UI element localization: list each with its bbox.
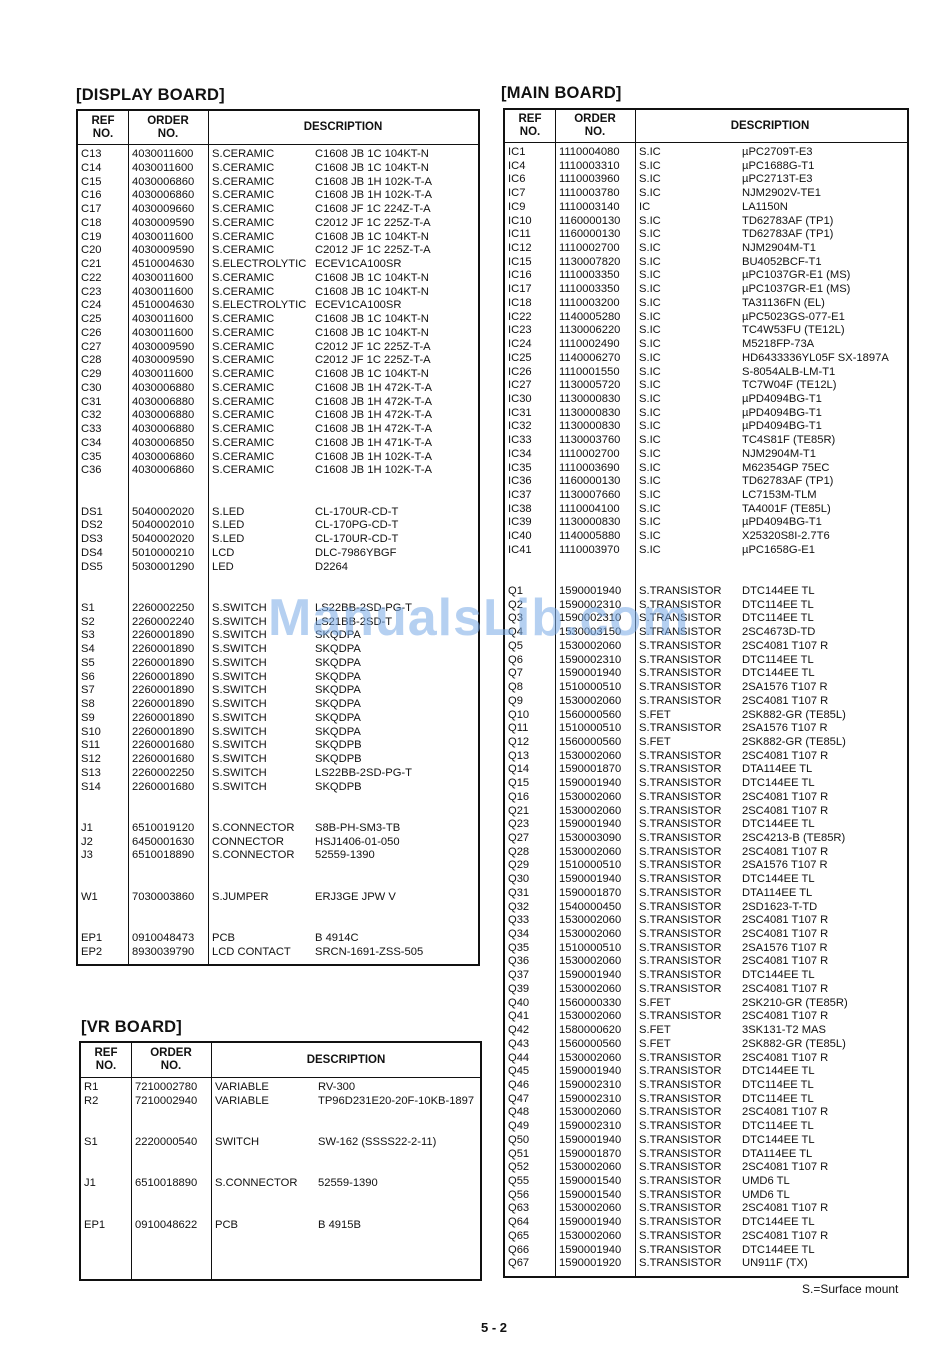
ref-cell: Q30 bbox=[508, 873, 529, 887]
part-number-cell: 2SC4081 T107 R bbox=[742, 914, 828, 928]
part-number-cell: C1608 JB 1C 104KT-N bbox=[315, 327, 429, 341]
table-row: IC121110002700S.ICNJM2904M-T1 bbox=[505, 242, 907, 256]
part-number-cell: C1608 JB 1H 102K-T-A bbox=[315, 451, 432, 465]
part-type-cell: S.CERAMIC bbox=[212, 217, 274, 231]
order-no-cell: 1130007820 bbox=[559, 256, 620, 270]
part-number-cell: C1608 JB 1C 104KT-N bbox=[315, 231, 429, 245]
ref-cell: Q52 bbox=[508, 1161, 529, 1175]
order-no-cell: 1540000450 bbox=[559, 901, 621, 915]
part-number-cell: S8B-PH-SM3-TB bbox=[315, 822, 400, 836]
order-no-cell: 2260001890 bbox=[132, 671, 194, 685]
ref-cell: S8 bbox=[81, 698, 95, 712]
table-row: IC251140006270S.ICHD6433336YL05F SX-1897… bbox=[505, 352, 907, 366]
part-number-cell: DTC144EE TL bbox=[742, 777, 815, 791]
ref-cell: Q56 bbox=[508, 1189, 529, 1203]
table-row: C184030009590S.CERAMICC2012 JF 1C 225Z-T… bbox=[78, 217, 478, 231]
ref-cell: Q46 bbox=[508, 1079, 529, 1093]
part-number-cell: 2SK882-GR (TE85L) bbox=[742, 736, 846, 750]
table-row: Q11590001940S.TRANSISTORDTC144EE TL bbox=[505, 585, 907, 599]
part-type-cell: S.SWITCH bbox=[212, 684, 267, 698]
part-type-cell: S.TRANSISTOR bbox=[639, 1189, 721, 1203]
order-no-cell: 0910048622 bbox=[135, 1219, 197, 1233]
part-type-cell: S.CONNECTOR bbox=[212, 849, 294, 863]
order-no-cell: 7030003860 bbox=[132, 891, 194, 905]
part-number-cell: µPD4094BG-T1 bbox=[742, 407, 822, 421]
part-type-cell: S.CERAMIC bbox=[212, 313, 274, 327]
part-number-cell: TC4S81F (TE85R) bbox=[742, 434, 835, 448]
part-number-cell: CL-170PG-CD-T bbox=[315, 519, 398, 533]
ref-cell: IC37 bbox=[508, 489, 532, 503]
part-number-cell: 2SC4081 T107 R bbox=[742, 928, 828, 942]
table-row: IC61110003960S.ICµPC2713T-E3 bbox=[505, 173, 907, 187]
part-number-cell: 2SC4081 T107 R bbox=[742, 1230, 828, 1244]
order-no-cell: 1130000830 bbox=[559, 407, 620, 421]
part-number-cell: CL-170UR-CD-T bbox=[315, 533, 398, 547]
ref-cell: S12 bbox=[81, 753, 101, 767]
table-row: S112260001680S.SWITCHSKQDPB bbox=[78, 739, 478, 753]
table-row: Q551590001540S.TRANSISTORUMD6 TL bbox=[505, 1175, 907, 1189]
display-board-title: [DISPLAY BOARD] bbox=[76, 86, 225, 105]
order-no-cell: 4030011600 bbox=[132, 231, 193, 245]
order-no-cell: 1530002060 bbox=[559, 1161, 621, 1175]
ref-cell: Q55 bbox=[508, 1175, 529, 1189]
ref-cell: IC33 bbox=[508, 434, 532, 448]
part-type-cell: S.CERAMIC bbox=[212, 437, 274, 451]
order-no-cell: 1530002060 bbox=[559, 914, 621, 928]
order-no-cell: 5040002010 bbox=[132, 519, 194, 533]
part-type-cell: IC bbox=[639, 201, 650, 215]
part-type-cell: S.TRANSISTOR bbox=[639, 599, 721, 613]
part-number-cell: µPC1688G-T1 bbox=[742, 160, 814, 174]
table-row: Q111510000510S.TRANSISTOR2SA1576 T107 R bbox=[505, 722, 907, 736]
ref-cell: IC4 bbox=[508, 160, 525, 174]
table-header: REF NO.ORDER NO.DESCRIPTION bbox=[78, 111, 478, 145]
order-no-cell: 1530002060 bbox=[559, 846, 621, 860]
part-type-cell: S.IC bbox=[639, 434, 661, 448]
table-row: IC321130000830S.ICµPD4094BG-T1 bbox=[505, 420, 907, 434]
part-number-cell: C1608 JB 1H 102K-T-A bbox=[315, 176, 432, 190]
order-no-cell: 4030006880 bbox=[132, 382, 194, 396]
part-number-cell: C1608 JB 1C 104KT-N bbox=[315, 272, 429, 286]
ref-cell: Q33 bbox=[508, 914, 529, 928]
ref-cell: S11 bbox=[81, 739, 100, 753]
table-row: Q471590002310S.TRANSISTORDTC114EE TL bbox=[505, 1093, 907, 1107]
part-number-cell: C1608 JB 1H 472K-T-A bbox=[315, 396, 432, 410]
part-type-cell: SWITCH bbox=[215, 1136, 259, 1150]
part-number-cell: 2SC4081 T107 R bbox=[742, 1161, 828, 1175]
part-type-cell: S.TRANSISTOR bbox=[639, 832, 721, 846]
part-type-cell: S.TRANSISTOR bbox=[639, 846, 721, 860]
part-number-cell: LS22BB-2SD-PG-T bbox=[315, 767, 412, 781]
part-type-cell: S.TRANSISTOR bbox=[639, 1244, 721, 1258]
part-type-cell: S.TRANSISTOR bbox=[639, 612, 721, 626]
order-no-cell: 1530002060 bbox=[559, 928, 621, 942]
order-no-cell: 1590001940 bbox=[559, 1065, 621, 1079]
table-row: C284030009590S.CERAMICC2012 JF 1C 225Z-T… bbox=[78, 354, 478, 368]
order-no-cell: 1590002310 bbox=[559, 1093, 621, 1107]
order-no-cell: 4030006860 bbox=[132, 176, 194, 190]
order-no-cell: 1560000560 bbox=[559, 1038, 621, 1052]
part-number-cell: D2264 bbox=[315, 561, 348, 575]
header-description: DESCRIPTION bbox=[208, 111, 478, 144]
part-type-cell: S.IC bbox=[639, 283, 661, 297]
part-type-cell: S.TRANSISTOR bbox=[639, 1202, 721, 1216]
part-number-cell: C2012 JF 1C 225Z-T-A bbox=[315, 341, 431, 355]
table-row: S52260001890S.SWITCHSKQDPA bbox=[78, 657, 478, 671]
part-number-cell: 2SC4081 T107 R bbox=[742, 1106, 828, 1120]
part-type-cell: S.TRANSISTOR bbox=[639, 1175, 721, 1189]
ref-cell: Q15 bbox=[508, 777, 529, 791]
display-board-table: REF NO.ORDER NO.DESCRIPTIONC134030011600… bbox=[76, 109, 480, 966]
ref-cell: Q51 bbox=[508, 1148, 529, 1162]
part-type-cell: S.IC bbox=[639, 160, 661, 174]
part-number-cell: ECEV1CA100SR bbox=[315, 258, 401, 272]
part-type-cell: S.TRANSISTOR bbox=[639, 1065, 721, 1079]
order-no-cell: 4030006880 bbox=[132, 409, 194, 423]
part-number-cell: SKQDPB bbox=[315, 781, 362, 795]
part-number-cell: DTA114EE TL bbox=[742, 1148, 812, 1162]
part-number-cell: SKQDPB bbox=[315, 739, 362, 753]
table-row: C334030006880S.CERAMICC1608 JB 1H 472K-T… bbox=[78, 423, 478, 437]
ref-cell: J1 bbox=[81, 822, 93, 836]
table-row: S62260001890S.SWITCHSKQDPA bbox=[78, 671, 478, 685]
table-row: DS55030001290LEDD2264 bbox=[78, 561, 478, 575]
part-type-cell: S.IC bbox=[639, 173, 661, 187]
ref-cell: IC32 bbox=[508, 420, 532, 434]
header-ref-no: REF NO. bbox=[78, 111, 128, 144]
ref-cell: C22 bbox=[81, 272, 102, 286]
part-type-cell: S.CERAMIC bbox=[212, 409, 274, 423]
part-type-cell: S.TRANSISTOR bbox=[639, 873, 721, 887]
table-row: S32260001890S.SWITCHSKQDPA bbox=[78, 629, 478, 643]
table-row: C354030006860S.CERAMICC1608 JB 1H 102K-T… bbox=[78, 451, 478, 465]
part-number-cell: 2SD1623-T-TD bbox=[742, 901, 817, 915]
part-type-cell: S.CERAMIC bbox=[212, 286, 274, 300]
part-type-cell: S.TRANSISTOR bbox=[639, 626, 721, 640]
order-no-cell: 1530003150 bbox=[559, 626, 621, 640]
part-number-cell: 2SC4081 T107 R bbox=[742, 805, 828, 819]
part-number-cell: CL-170UR-CD-T bbox=[315, 506, 398, 520]
ref-cell: C32 bbox=[81, 409, 102, 423]
part-type-cell: S.TRANSISTOR bbox=[639, 1230, 721, 1244]
part-type-cell: S.TRANSISTOR bbox=[639, 791, 721, 805]
part-number-cell: DTC144EE TL bbox=[742, 667, 815, 681]
part-number-cell: SKQDPA bbox=[315, 684, 361, 698]
order-no-cell: 1590002310 bbox=[559, 1120, 621, 1134]
column-divider bbox=[131, 1043, 132, 1279]
part-number-cell: SKQDPA bbox=[315, 643, 361, 657]
table-row: Q301590001940S.TRANSISTORDTC144EE TL bbox=[505, 873, 907, 887]
order-no-cell: 6510018890 bbox=[135, 1177, 197, 1191]
ref-cell: DS5 bbox=[81, 561, 103, 575]
header-description: DESCRIPTION bbox=[211, 1043, 481, 1077]
part-number-cell: C1608 JB 1C 104KT-N bbox=[315, 313, 429, 327]
part-number-cell: C1608 JB 1H 102K-T-A bbox=[315, 189, 432, 203]
part-type-cell: PCB bbox=[212, 932, 235, 946]
order-no-cell: 4030011600 bbox=[132, 162, 193, 176]
part-number-cell: LA1150N bbox=[742, 201, 788, 215]
part-type-cell: S.ELECTROLYTIC bbox=[212, 299, 306, 313]
part-type-cell: S.CERAMIC bbox=[212, 368, 274, 382]
table-row: Q391530002060S.TRANSISTOR2SC4081 T107 R bbox=[505, 983, 907, 997]
order-no-cell: 4510004630 bbox=[132, 299, 194, 313]
ref-cell: R1 bbox=[84, 1081, 98, 1095]
part-type-cell: S.TRANSISTOR bbox=[639, 955, 721, 969]
order-no-cell: 1590001870 bbox=[559, 1148, 621, 1162]
ref-cell: Q42 bbox=[508, 1024, 529, 1038]
table-row: C244510004630S.ELECTROLYTICECEV1CA100SR bbox=[78, 299, 478, 313]
part-number-cell: 3SK131-T2 MAS bbox=[742, 1024, 826, 1038]
part-type-cell: S.CERAMIC bbox=[212, 354, 274, 368]
order-no-cell: 2220000540 bbox=[135, 1136, 197, 1150]
ref-cell: Q7 bbox=[508, 667, 523, 681]
part-number-cell: 2SK882-GR (TE85L) bbox=[742, 709, 846, 723]
part-type-cell: S.FET bbox=[639, 709, 671, 723]
table-row: C234030011600S.CERAMICC1608 JB 1C 104KT-… bbox=[78, 286, 478, 300]
ref-cell: S1 bbox=[81, 602, 95, 616]
ref-cell: C26 bbox=[81, 327, 102, 341]
table-row: IC101160000130S.ICTD62783AF (TP1) bbox=[505, 215, 907, 229]
order-no-cell: 1110003140 bbox=[559, 201, 620, 215]
part-number-cell: UN911F (TX) bbox=[742, 1257, 808, 1271]
table-row: C264030011600S.CERAMICC1608 JB 1C 104KT-… bbox=[78, 327, 478, 341]
part-number-cell: SKQDPA bbox=[315, 698, 361, 712]
order-no-cell: 1110002700 bbox=[559, 242, 620, 256]
ref-cell: IC12 bbox=[508, 242, 532, 256]
part-type-cell: S.SWITCH bbox=[212, 698, 267, 712]
part-type-cell: S.IC bbox=[639, 242, 661, 256]
order-no-cell: 1130005720 bbox=[559, 379, 620, 393]
part-type-cell: S.SWITCH bbox=[212, 657, 267, 671]
order-no-cell: 1160000130 bbox=[559, 215, 620, 229]
ref-cell: C14 bbox=[81, 162, 102, 176]
order-no-cell: 1160000130 bbox=[559, 475, 620, 489]
order-no-cell: 1110002700 bbox=[559, 448, 620, 462]
order-no-cell: 1110004100 bbox=[559, 503, 620, 517]
part-type-cell: S.TRANSISTOR bbox=[639, 750, 721, 764]
order-no-cell: 4030006860 bbox=[132, 464, 194, 478]
table-row: Q41530003150S.TRANSISTOR2SC4673D-TD bbox=[505, 626, 907, 640]
part-number-cell: DTC114EE TL bbox=[742, 1093, 814, 1107]
ref-cell: IC7 bbox=[508, 187, 525, 201]
part-number-cell: 2SK882-GR (TE85L) bbox=[742, 1038, 846, 1052]
part-type-cell: S.IC bbox=[639, 228, 661, 242]
table-row: IC361160000130S.ICTD62783AF (TP1) bbox=[505, 475, 907, 489]
part-type-cell: S.TRANSISTOR bbox=[639, 983, 721, 997]
order-no-cell: 2260001890 bbox=[132, 629, 194, 643]
order-no-cell: 4030011600 bbox=[132, 313, 193, 327]
ref-cell: S9 bbox=[81, 712, 95, 726]
part-type-cell: LED bbox=[212, 561, 234, 575]
table-row: IC371130007660S.ICLC7153M-TLM bbox=[505, 489, 907, 503]
part-number-cell: B 4914C bbox=[315, 932, 359, 946]
order-no-cell: 1530002060 bbox=[559, 983, 621, 997]
ref-cell: Q64 bbox=[508, 1216, 529, 1230]
part-number-cell: BU4052BCF-T1 bbox=[742, 256, 822, 270]
order-no-cell: 1590001540 bbox=[559, 1189, 621, 1203]
part-type-cell: S.SWITCH bbox=[212, 629, 267, 643]
ref-cell: Q43 bbox=[508, 1038, 529, 1052]
table-row: Q161530002060S.TRANSISTOR2SC4081 T107 R bbox=[505, 791, 907, 805]
part-type-cell: S.IC bbox=[639, 407, 661, 421]
part-number-cell: DTA114EE TL bbox=[742, 763, 812, 777]
part-type-cell: S.IC bbox=[639, 338, 661, 352]
ref-cell: Q44 bbox=[508, 1052, 529, 1066]
ref-cell: Q14 bbox=[508, 763, 529, 777]
table-row: Q211530002060S.TRANSISTOR2SC4081 T107 R bbox=[505, 805, 907, 819]
part-type-cell: S.CERAMIC bbox=[212, 327, 274, 341]
table-row: Q421580000620S.FET3SK131-T2 MAS bbox=[505, 1024, 907, 1038]
ref-cell: IC35 bbox=[508, 462, 532, 476]
ref-cell: Q34 bbox=[508, 928, 529, 942]
part-type-cell: S.CERAMIC bbox=[212, 162, 274, 176]
table-row: IC301130000830S.ICµPD4094BG-T1 bbox=[505, 393, 907, 407]
part-type-cell: S.SWITCH bbox=[212, 671, 267, 685]
part-number-cell: TD62783AF (TP1) bbox=[742, 215, 833, 229]
order-no-cell: 1110003350 bbox=[559, 283, 620, 297]
ref-cell: R2 bbox=[84, 1095, 98, 1109]
order-no-cell: 4030009590 bbox=[132, 341, 194, 355]
order-no-cell: 1590002310 bbox=[559, 654, 621, 668]
part-number-cell: UMD6 TL bbox=[742, 1189, 790, 1203]
order-no-cell: 1590001940 bbox=[559, 1134, 621, 1148]
part-type-cell: S.IC bbox=[639, 187, 661, 201]
order-no-cell: 5040002020 bbox=[132, 506, 194, 520]
header-order-no: ORDER NO. bbox=[131, 1043, 211, 1077]
order-no-cell: 1560000560 bbox=[559, 736, 621, 750]
order-no-cell: 4510004630 bbox=[132, 258, 194, 272]
table-row: Q31590002310S.TRANSISTORDTC114EE TL bbox=[505, 612, 907, 626]
part-number-cell: DTC114EE TL bbox=[742, 1079, 814, 1093]
ref-cell: C25 bbox=[81, 313, 102, 327]
table-row: C314030006880S.CERAMICC1608 JB 1H 472K-T… bbox=[78, 396, 478, 410]
part-type-cell: S.ELECTROLYTIC bbox=[212, 258, 306, 272]
order-no-cell: 4030009590 bbox=[132, 244, 194, 258]
order-no-cell: 1110003690 bbox=[559, 462, 620, 476]
part-number-cell: 2SC4081 T107 R bbox=[742, 1010, 828, 1024]
order-no-cell: 5030001290 bbox=[132, 561, 194, 575]
order-no-cell: 1590001940 bbox=[559, 818, 621, 832]
ref-cell: DS2 bbox=[81, 519, 103, 533]
part-number-cell: SW-162 (SSSS22-2-11) bbox=[318, 1136, 436, 1150]
table-row: C344030006850S.CERAMICC1608 JB 1H 471K-T… bbox=[78, 437, 478, 451]
part-type-cell: S.TRANSISTOR bbox=[639, 805, 721, 819]
part-type-cell: S.IC bbox=[639, 530, 661, 544]
order-no-cell: 1140006270 bbox=[559, 352, 620, 366]
order-no-cell: 4030011600 bbox=[132, 148, 193, 162]
ref-cell: Q8 bbox=[508, 681, 523, 695]
ref-cell: Q11 bbox=[508, 722, 528, 736]
ref-cell: C34 bbox=[81, 437, 102, 451]
table-row: C324030006880S.CERAMICC1608 JB 1H 472K-T… bbox=[78, 409, 478, 423]
ref-cell: C23 bbox=[81, 286, 102, 300]
ref-cell: IC18 bbox=[508, 297, 532, 311]
order-no-cell: 1130000830 bbox=[559, 393, 620, 407]
part-number-cell: DLC-7986YBGF bbox=[315, 547, 396, 561]
ref-cell: C28 bbox=[81, 354, 102, 368]
ref-cell: C15 bbox=[81, 176, 102, 190]
table-row: Q291510000510S.TRANSISTOR2SA1576 T107 R bbox=[505, 859, 907, 873]
ref-cell: Q9 bbox=[508, 695, 523, 709]
table-row: C254030011600S.CERAMICC1608 JB 1C 104KT-… bbox=[78, 313, 478, 327]
table-row: C174030009660S.CERAMICC1608 JF 1C 224Z-T… bbox=[78, 203, 478, 217]
part-type-cell: S.TRANSISTOR bbox=[639, 1134, 721, 1148]
part-number-cell: RV-300 bbox=[318, 1081, 355, 1095]
part-number-cell: DTC144EE TL bbox=[742, 873, 815, 887]
ref-cell: C19 bbox=[81, 231, 102, 245]
part-number-cell: TD62783AF (TP1) bbox=[742, 475, 833, 489]
table-row: Q321540000450S.TRANSISTOR2SD1623-T-TD bbox=[505, 901, 907, 915]
part-type-cell: PCB bbox=[215, 1219, 238, 1233]
ref-cell: Q3 bbox=[508, 612, 523, 626]
part-number-cell: X25320S8I-2.7T6 bbox=[742, 530, 830, 544]
part-type-cell: S.CERAMIC bbox=[212, 382, 274, 396]
order-no-cell: 1110003780 bbox=[559, 187, 620, 201]
table-row: C194030011600S.CERAMICC1608 JB 1C 104KT-… bbox=[78, 231, 478, 245]
table-row: S82260001890S.SWITCHSKQDPA bbox=[78, 698, 478, 712]
table-row: Q671590001920S.TRANSISTORUN911F (TX) bbox=[505, 1257, 907, 1271]
ref-cell: Q67 bbox=[508, 1257, 529, 1271]
ref-cell: J1 bbox=[84, 1177, 96, 1191]
ref-cell: IC11 bbox=[508, 228, 531, 242]
part-number-cell: TA4001F (TE85L) bbox=[742, 503, 831, 517]
part-number-cell: µPD4094BG-T1 bbox=[742, 420, 822, 434]
part-number-cell: S-8054ALB-LM-T1 bbox=[742, 366, 835, 380]
part-type-cell: S.TRANSISTOR bbox=[639, 722, 721, 736]
part-type-cell: S.TRANSISTOR bbox=[639, 887, 721, 901]
ref-cell: J2 bbox=[81, 836, 93, 850]
order-no-cell: 1530003090 bbox=[559, 832, 621, 846]
part-number-cell: DTC114EE TL bbox=[742, 654, 814, 668]
part-number-cell: ERJ3GE JPW V bbox=[315, 891, 396, 905]
table-row: IC151130007820S.ICBU4052BCF-T1 bbox=[505, 256, 907, 270]
table-row: Q511590001870S.TRANSISTORDTA114EE TL bbox=[505, 1148, 907, 1162]
part-number-cell: 2SC4081 T107 R bbox=[742, 750, 828, 764]
table-row: C224030011600S.CERAMICC1608 JB 1C 104KT-… bbox=[78, 272, 478, 286]
part-number-cell: NJM2904M-T1 bbox=[742, 448, 816, 462]
order-no-cell: 4030006880 bbox=[132, 396, 194, 410]
part-type-cell: S.LED bbox=[212, 519, 244, 533]
part-number-cell: 2SC4213-B (TE85R) bbox=[742, 832, 845, 846]
ref-cell: Q47 bbox=[508, 1093, 529, 1107]
ref-cell: IC27 bbox=[508, 379, 532, 393]
order-no-cell: 1160000130 bbox=[559, 228, 620, 242]
order-no-cell: 2260001890 bbox=[132, 643, 194, 657]
order-no-cell: 1110003200 bbox=[559, 297, 620, 311]
part-number-cell: 2SC4081 T107 R bbox=[742, 640, 828, 654]
part-type-cell: S.TRANSISTOR bbox=[639, 969, 721, 983]
table-row: IC311130000830S.ICµPD4094BG-T1 bbox=[505, 407, 907, 421]
part-number-cell: C2012 JF 1C 225Z-T-A bbox=[315, 354, 431, 368]
part-type-cell: S.CERAMIC bbox=[212, 231, 274, 245]
table-row: DS25040002010S.LEDCL-170PG-CD-T bbox=[78, 519, 478, 533]
header-ref-no: REF NO. bbox=[81, 1043, 131, 1077]
order-no-cell: 4030006860 bbox=[132, 189, 194, 203]
part-type-cell: S.LED bbox=[212, 506, 244, 520]
table-row: S132260002250S.SWITCHLS22BB-2SD-PG-T bbox=[78, 767, 478, 781]
part-type-cell: S.TRANSISTOR bbox=[639, 1106, 721, 1120]
table-row: S92260001890S.SWITCHSKQDPA bbox=[78, 712, 478, 726]
part-type-cell: S.TRANSISTOR bbox=[639, 695, 721, 709]
table-row: Q561590001540S.TRANSISTORUMD6 TL bbox=[505, 1189, 907, 1203]
ref-cell: Q28 bbox=[508, 846, 529, 860]
part-number-cell: LC7153M-TLM bbox=[742, 489, 817, 503]
part-type-cell: S.TRANSISTOR bbox=[639, 1148, 721, 1162]
table-row: IC341110002700S.ICNJM2904M-T1 bbox=[505, 448, 907, 462]
table-row: Q341530002060S.TRANSISTOR2SC4081 T107 R bbox=[505, 928, 907, 942]
ref-cell: IC26 bbox=[508, 366, 532, 380]
table-row: Q361530002060S.TRANSISTOR2SC4081 T107 R bbox=[505, 955, 907, 969]
